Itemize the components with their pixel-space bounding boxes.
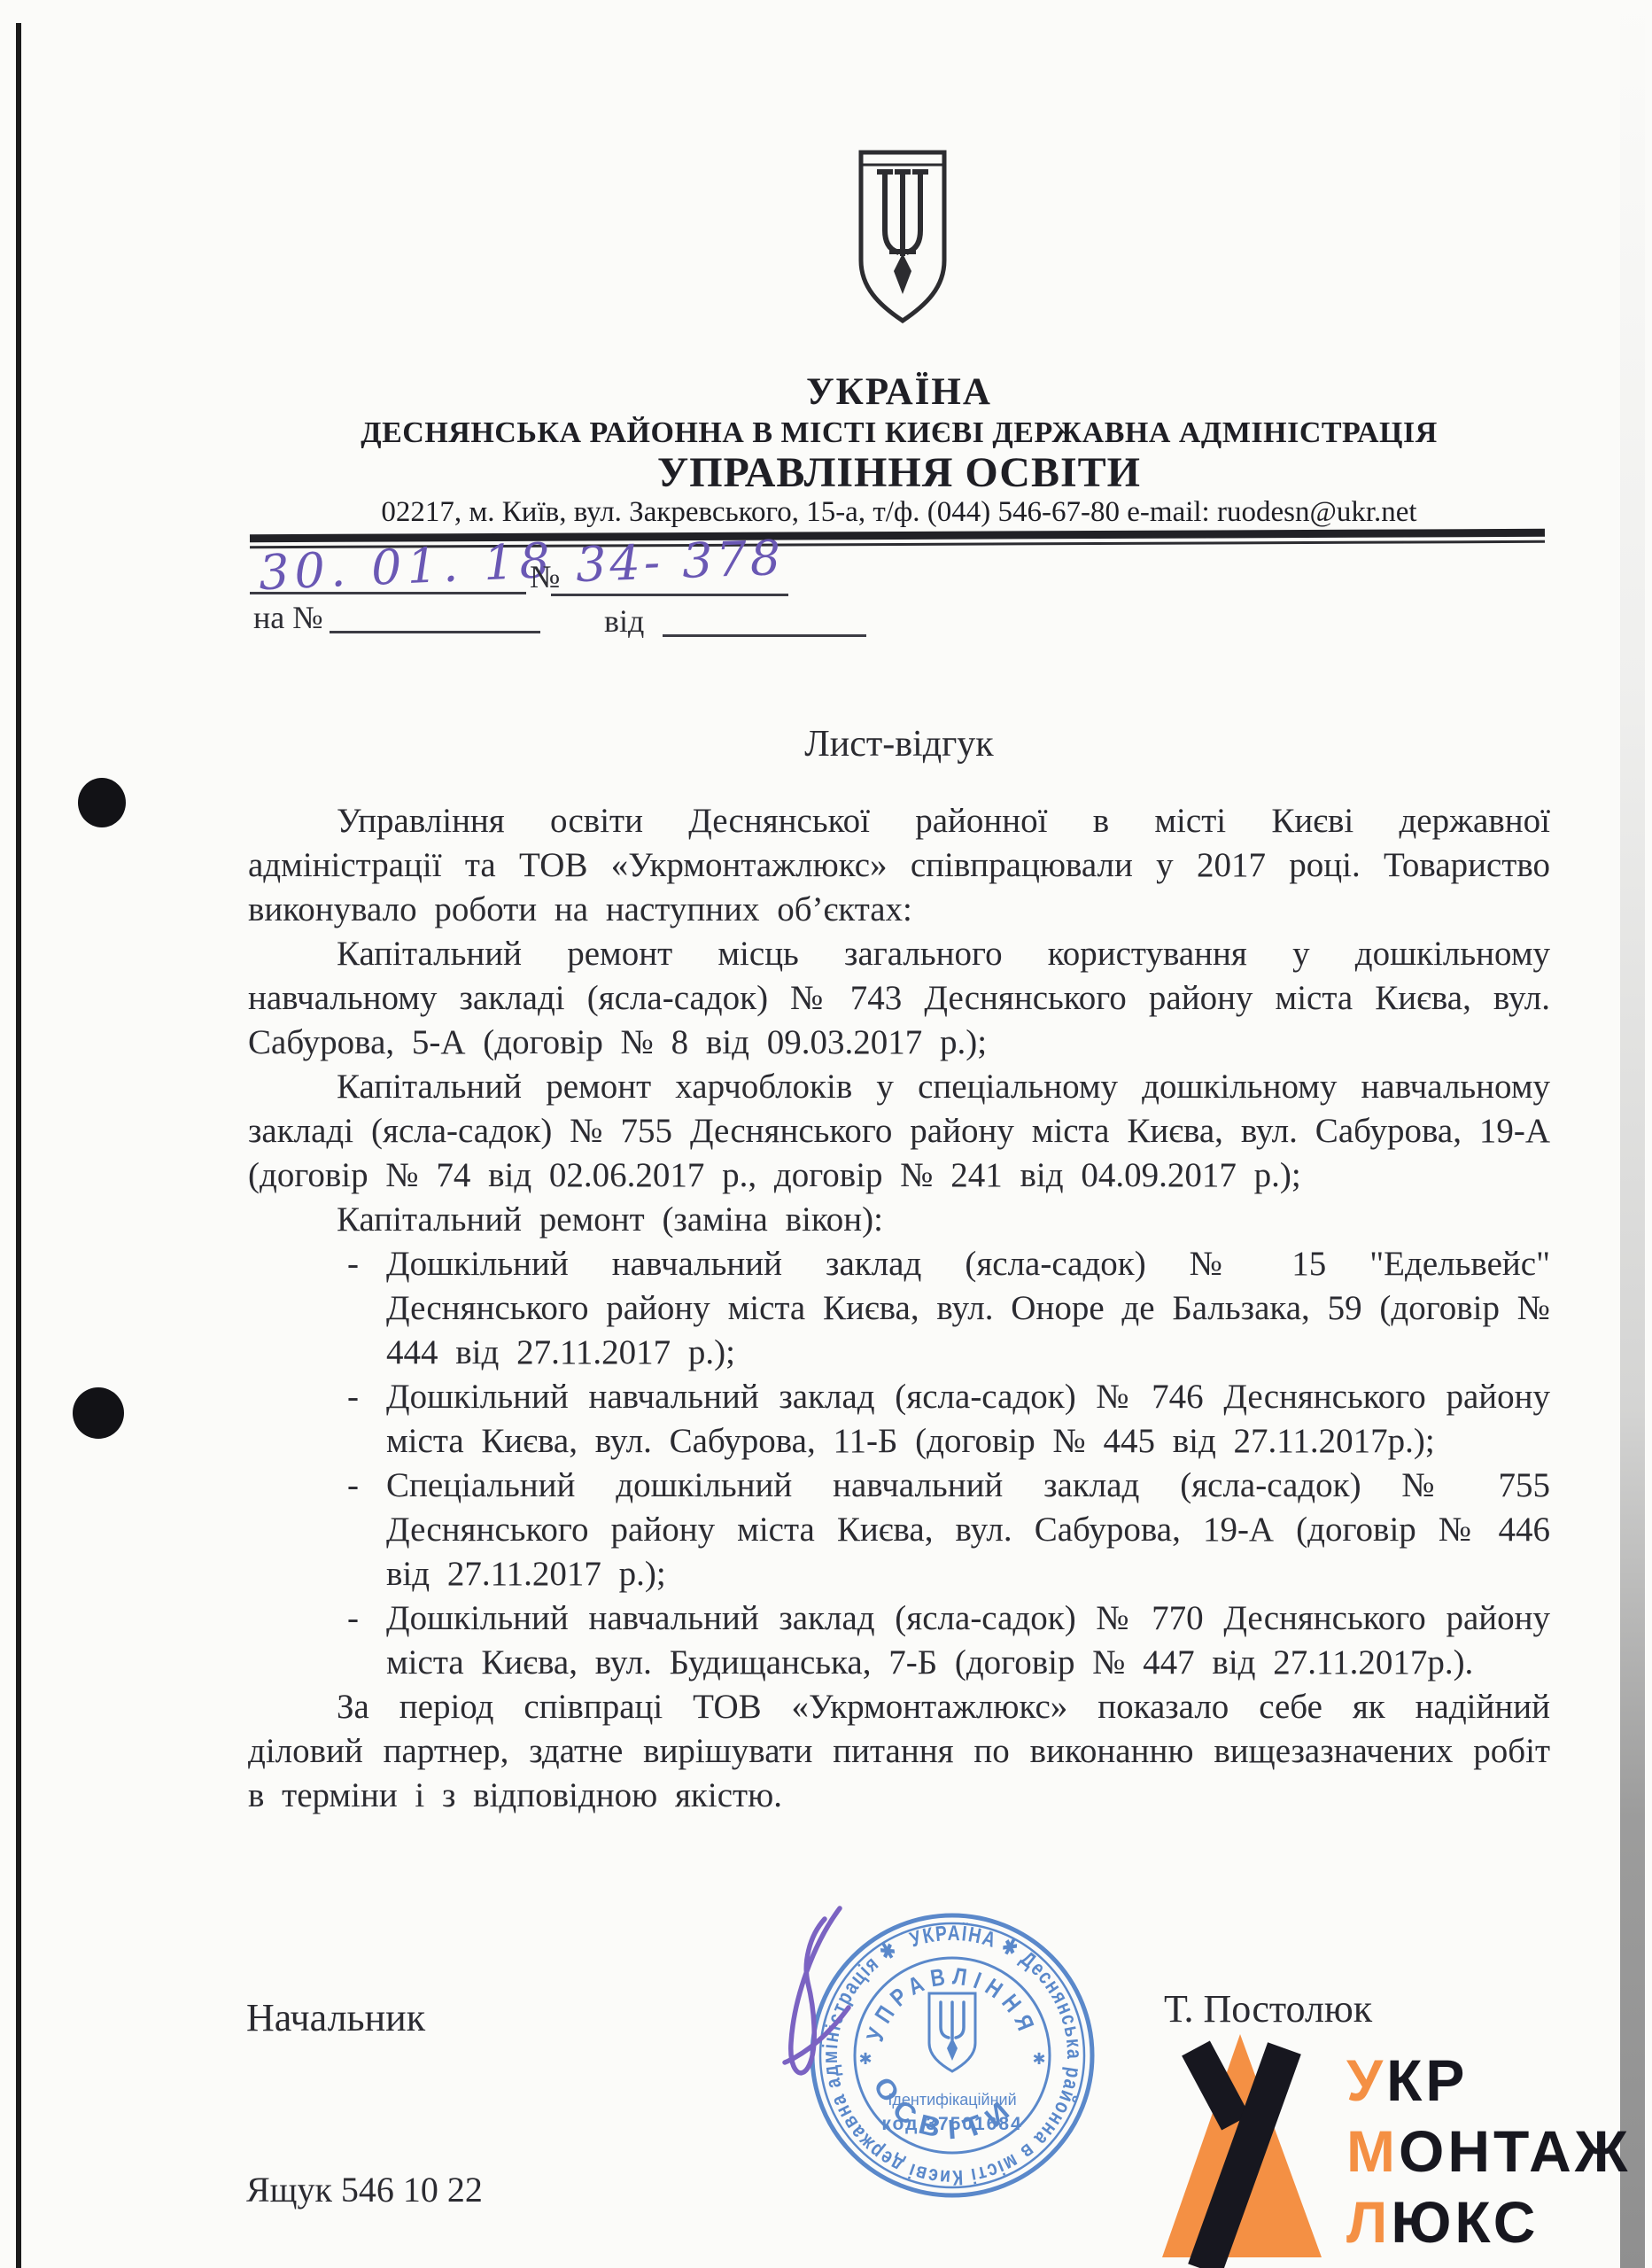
letterhead-country: УКРАЇНА [248,370,1550,414]
list-item: - Дошкільний навчальний заклад (ясла-сад… [248,1596,1550,1685]
letter-title: Лист-відгук [248,723,1550,765]
ref-date-handwritten: 30. 01. 18 [258,532,556,602]
list-item: - Дошкільний навчальний заклад (ясла-сад… [248,1375,1550,1464]
logo-letter-accent: Л [1346,2189,1391,2255]
scan-shadow-band [1620,0,1645,2268]
hole-punch-dot [73,1387,124,1439]
letterhead-organization: ДЕСНЯНСЬКА РАЙОННА В МІСТІ КИЄВІ ДЕРЖАВН… [248,416,1550,450]
scan-edge-line [16,23,21,2268]
bullet-dash: - [347,1464,359,1508]
letterhead-department: УПРАВЛІННЯ ОСВІТИ [248,448,1550,497]
logo-letters: ОНТАЖ [1399,2118,1631,2184]
signature-stroke-icon [778,1901,866,2096]
signer-position: Начальник [246,1995,425,2040]
list-item: - Дошкільний навчальний заклад (ясла-сад… [248,1242,1550,1375]
reply-to-label: на № [253,599,323,636]
bullet-dash: - [347,1375,359,1419]
logo-line: МОНТАЖ [1346,2116,1631,2186]
ref-number-handwritten: 34- 378 [575,530,785,593]
from-label: від [604,602,644,640]
letterhead-address: 02217, м. Київ, вул. Закревського, 15-а,… [248,496,1550,529]
stamp-star: ✱ [1032,2050,1045,2068]
scanned-letter-page: УКРАЇНА ДЕСНЯНСЬКА РАЙОННА В МІСТІ КИЄВІ… [0,0,1652,2268]
paragraph: Капітальний ремонт (заміна вікон): [248,1198,1550,1242]
list-item-text: Дошкільний навчальний заклад (ясла-садок… [386,1378,1550,1460]
paragraph: Капітальний ремонт харчоблоків у спеціал… [248,1065,1550,1198]
svg-text:ОСВІТИ: ОСВІТИ [867,2071,1023,2146]
stamp-trident-shield-icon [929,1993,975,2071]
logo-line: УКР [1346,2045,1631,2116]
list-item-text: Спеціальний дошкільний навчальний заклад… [386,1466,1550,1593]
logo-letter-accent: У [1346,2047,1386,2113]
ref-underline [551,594,788,596]
ref-number-label: № [530,558,560,595]
company-logo-text: УКР МОНТАЖ ЛЮКС [1346,2045,1631,2257]
ref-underline [250,592,526,594]
hole-punch-dot [78,778,126,827]
stamp-id-label: Ідентифікаційний [888,2091,1016,2109]
closing-paragraph: За період співпраці ТОВ «Укрмонтажлюкс» … [248,1685,1550,1818]
list-item-text: Дошкільний навчальний заклад (ясла-садок… [386,1599,1550,1682]
ref-underline [330,631,540,633]
stamp-id-code: код 37501684 [881,2114,1022,2134]
logo-letters: КР [1386,2047,1468,2113]
logo-mark-icon [1152,2022,1329,2268]
list-item: - Спеціальний дошкільний навчальний закл… [248,1464,1550,1596]
logo-letter-accent: М [1346,2118,1399,2184]
paragraph: Капітальний ремонт місць загального кори… [248,932,1550,1065]
paragraph: Управління освіти Деснянської районної в… [248,799,1550,932]
bullet-dash: - [347,1596,359,1641]
tryzub-emblem-icon [856,147,950,326]
executor-contact: Ящук 546 10 22 [246,2169,483,2210]
stamp-dept-bottom-text: ОСВІТИ [867,2071,1023,2146]
logo-letters: ЮКС [1391,2189,1539,2255]
bullet-dash: - [347,1242,359,1286]
list-item-text: Дошкільний навчальний заклад (ясла-садок… [386,1245,1550,1371]
letter-body: Управління освіти Деснянської районної в… [248,799,1550,1818]
ref-underline [663,634,866,637]
logo-line: ЛЮКС [1346,2186,1631,2257]
